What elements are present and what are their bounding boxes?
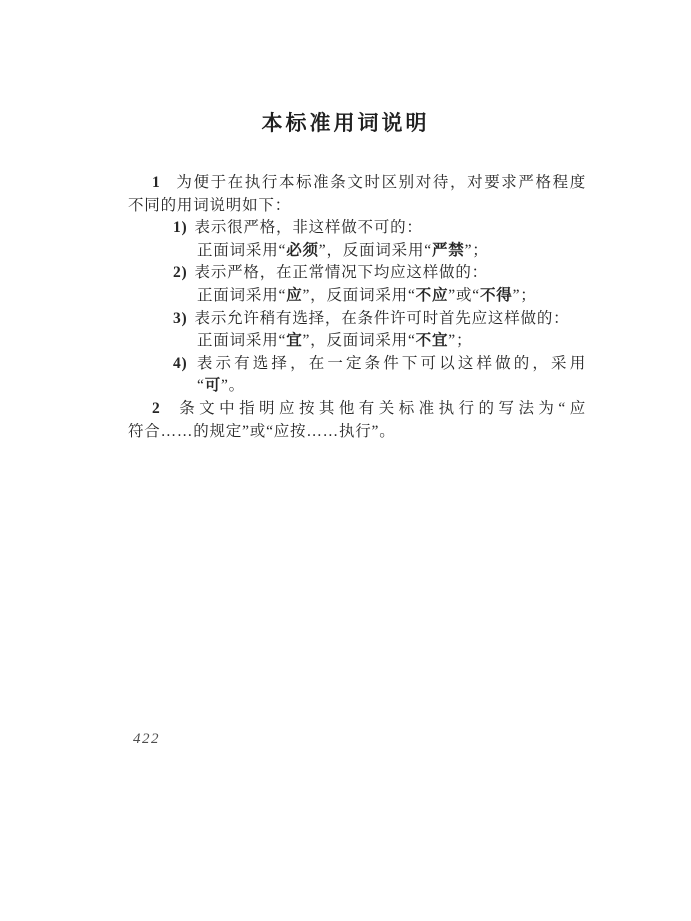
usage-text: ”； <box>465 242 489 259</box>
keyword: 不宜 <box>416 332 449 349</box>
keyword: 不得 <box>480 287 513 304</box>
usage-text: ”； <box>448 332 472 349</box>
usage-text: ”，反面词采用“ <box>319 242 432 259</box>
usage-text: ”，反面词采用“ <box>303 332 416 349</box>
clause-text: 为便于在执行本标准条文时区别对待，对要求严格程度 <box>176 174 586 191</box>
paragraph-1-line-2: 不同的用词说明如下： <box>128 195 586 218</box>
keyword: 可 <box>205 377 221 394</box>
item-desc: 表示严格，在正常情况下均应这样做的： <box>195 264 488 281</box>
list-item-2-usage: 正面词采用“应”，反面词采用“不应”或“不得”； <box>128 285 586 308</box>
list-item-3-desc: 3)表示允许稍有选择，在条件许可时首先应这样做的： <box>128 308 586 331</box>
clause-number: 1 <box>152 174 161 191</box>
usage-text: 正面词采用“ <box>197 287 286 304</box>
list-item-4-desc: 4)表示有选择，在一定条件下可以这样做的，采用 <box>128 353 586 376</box>
list-item-4-usage: “可”。 <box>128 375 586 398</box>
item-number: 3) <box>173 310 188 327</box>
item-number: 2) <box>173 264 188 281</box>
clause-number: 2 <box>152 400 161 417</box>
usage-text: ”。 <box>221 377 245 394</box>
list-item-1-desc: 1)表示很严格，非这样做不可的： <box>128 217 586 240</box>
item-desc: 表示有选择，在一定条件下可以这样做的，采用 <box>195 355 586 372</box>
keyword: 不应 <box>416 287 449 304</box>
clause-text: 条文中指明应按其他有关标准执行的写法为“应 <box>176 400 586 417</box>
usage-text: “ <box>197 377 205 394</box>
keyword: 严禁 <box>432 242 465 259</box>
list-item-3-usage: 正面词采用“宜”，反面词采用“不宜”； <box>128 330 586 353</box>
list-item-2-desc: 2)表示严格，在正常情况下均应这样做的： <box>128 262 586 285</box>
list-item-1-usage: 正面词采用“必须”，反面词采用“严禁”； <box>128 240 586 263</box>
clause-text: 符合……的规定”或“应按……执行”。 <box>128 423 396 440</box>
page-title: 本标准用词说明 <box>0 107 691 137</box>
keyword: 必须 <box>286 242 319 259</box>
usage-text: ”； <box>513 287 537 304</box>
body-text-block: 1为便于在执行本标准条文时区别对待，对要求严格程度 不同的用词说明如下： 1)表… <box>128 172 586 443</box>
keyword: 宜 <box>286 332 302 349</box>
item-number: 4) <box>173 355 188 372</box>
document-page: 本标准用词说明 1为便于在执行本标准条文时区别对待，对要求严格程度 不同的用词说… <box>0 0 691 921</box>
paragraph-2-line-2: 符合……的规定”或“应按……执行”。 <box>128 421 586 444</box>
usage-text: 正面词采用“ <box>197 242 286 259</box>
usage-text: ”或“ <box>448 287 480 304</box>
usage-text: 正面词采用“ <box>197 332 286 349</box>
clause-text: 不同的用词说明如下： <box>128 197 291 214</box>
keyword: 应 <box>286 287 302 304</box>
item-number: 1) <box>173 219 188 236</box>
item-desc: 表示很严格，非这样做不可的： <box>195 219 423 236</box>
paragraph-1-line-1: 1为便于在执行本标准条文时区别对待，对要求严格程度 <box>128 172 586 195</box>
page-number: 422 <box>133 731 160 748</box>
usage-text: ”，反面词采用“ <box>303 287 416 304</box>
paragraph-2-line-1: 2条文中指明应按其他有关标准执行的写法为“应 <box>128 398 586 421</box>
item-desc: 表示允许稍有选择，在条件许可时首先应这样做的： <box>195 310 570 327</box>
